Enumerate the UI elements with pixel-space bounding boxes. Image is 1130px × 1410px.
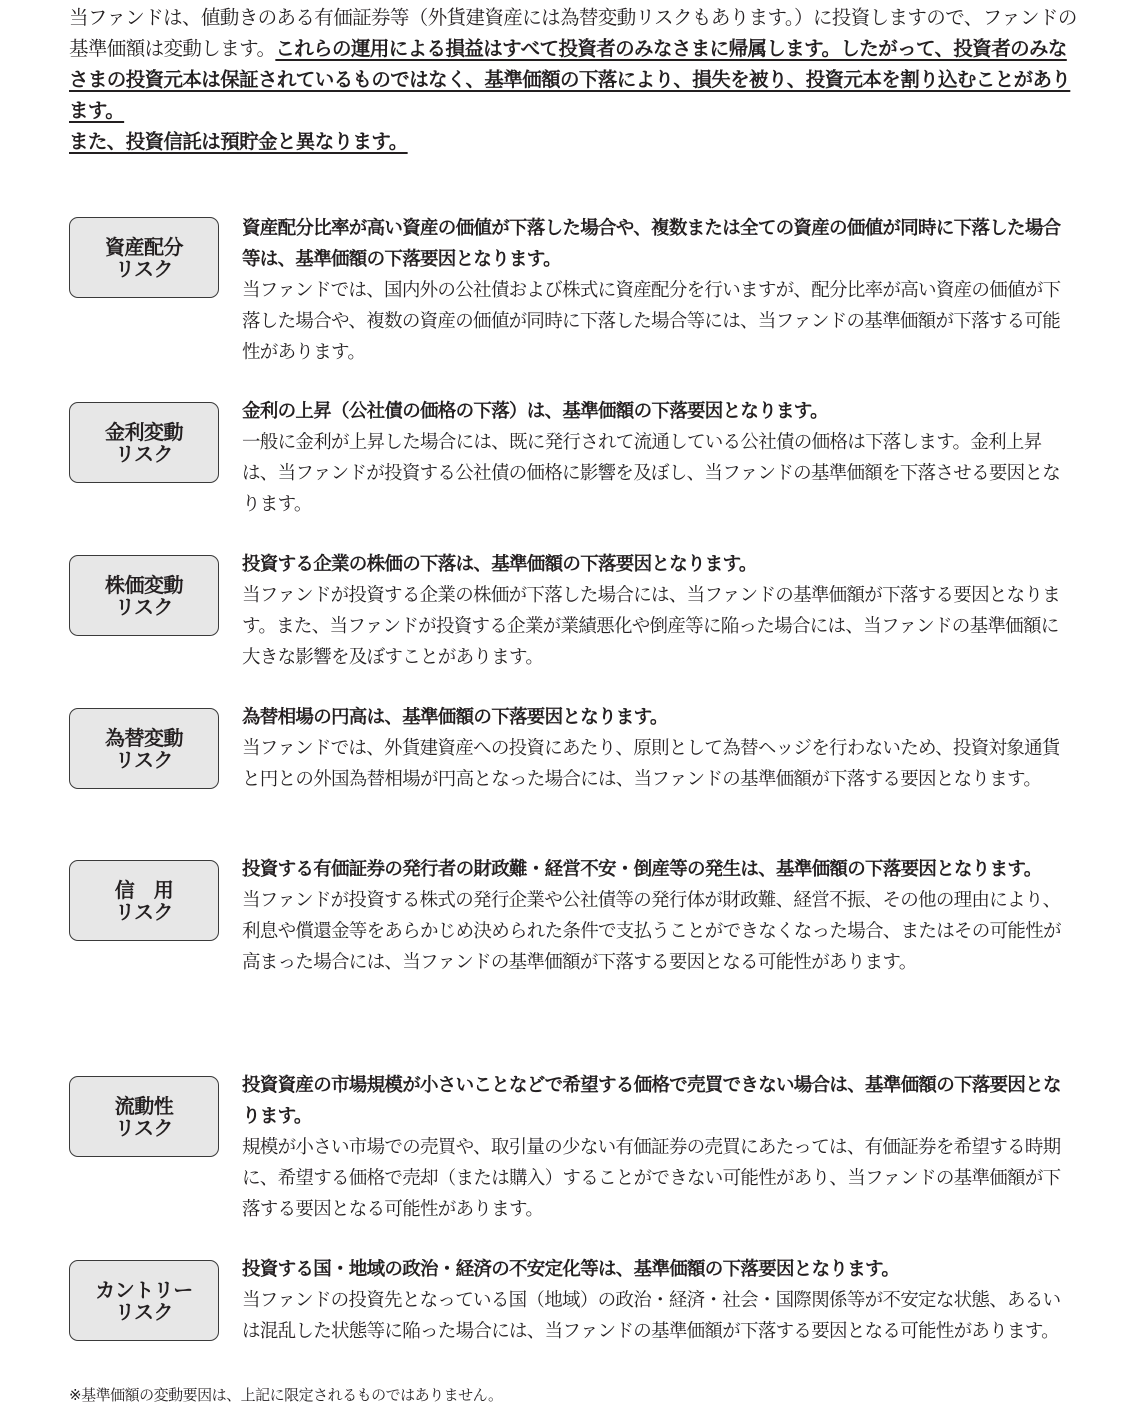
risk-label-line2: リスク xyxy=(115,443,173,465)
risk-body: 投資資産の市場規模が小さいことなどで希望する価格で売買できない場合は、基準価額の… xyxy=(242,1070,1064,1225)
risk-label-badge: 流動性 リスク xyxy=(69,1076,219,1157)
risk-label-line1: 資産配分 xyxy=(105,236,183,258)
risk-label-line1: 金利変動 xyxy=(105,421,183,443)
risk-body: 投資する企業の株価の下落は、基準価額の下落要因となります。 当ファンドが投資する… xyxy=(242,549,1064,673)
risk-body: 資産配分比率が高い資産の価値が下落した場合や、複数または全ての資産の価値が同時に… xyxy=(242,213,1064,368)
risk-description: 当ファンドでは、国内外の公社債および株式に資産配分を行いますが、配分比率が高い資… xyxy=(242,280,1060,363)
risk-label-line1: 為替変動 xyxy=(105,727,183,749)
risk-label-line2: リスク xyxy=(115,596,173,618)
intro-underlined-deposit-note: また、投資信託は預貯金と異なります。 xyxy=(69,130,408,153)
risk-description: 当ファンドが投資する株式の発行企業や公社債等の発行体が財政難、経営不振、その他の… xyxy=(242,890,1061,973)
risk-label-line2: リスク xyxy=(115,1301,173,1323)
risk-description: 一般に金利が上昇した場合には、既に発行されて流通している公社債の価格は下落します… xyxy=(242,432,1060,515)
risk-heading: 投資する企業の株価の下落は、基準価額の下落要因となります。 xyxy=(242,554,757,575)
risk-label-badge: カントリー リスク xyxy=(69,1260,219,1341)
risk-label-line2: リスク xyxy=(115,901,173,923)
risk-heading: 資産配分比率が高い資産の価値が下落した場合や、複数または全ての資産の価値が同時に… xyxy=(242,218,1060,270)
risk-label-line1: カントリー xyxy=(95,1279,193,1301)
risk-heading: 投資する有価証券の発行者の財政難・経営不安・倒産等の発生は、基準価額の下落要因と… xyxy=(242,859,1042,880)
risk-body: 投資する国・地域の政治・経済の不安定化等は、基準価額の下落要因となります。 当フ… xyxy=(242,1254,1064,1347)
risk-heading: 投資資産の市場規模が小さいことなどで希望する価格で売買できない場合は、基準価額の… xyxy=(242,1075,1061,1127)
risk-label-badge: 為替変動 リスク xyxy=(69,708,219,789)
risk-description: 規模が小さい市場での売買や、取引量の少ない有価証券の売買にあたっては、有価証券を… xyxy=(242,1137,1060,1220)
risk-description: 当ファンドの投資先となっている国（地域）の政治・経済・社会・国際関係等が不安定な… xyxy=(242,1290,1060,1342)
risk-description: 当ファンドでは、外貨建資産への投資にあたり、原則として為替ヘッジを行わないため、… xyxy=(242,738,1060,790)
risk-label-badge: 信 用 リスク xyxy=(69,860,219,941)
risk-description: 当ファンドが投資する企業の株価が下落した場合には、当ファンドの基準価額が下落する… xyxy=(242,585,1060,668)
risk-label-badge: 資産配分 リスク xyxy=(69,217,219,298)
risk-label-line1: 信 用 xyxy=(115,879,174,901)
risk-body: 投資する有価証券の発行者の財政難・経営不安・倒産等の発生は、基準価額の下落要因と… xyxy=(242,854,1064,978)
intro-paragraph: 当ファンドは、値動きのある有価証券等（外貨建資産には為替変動リスクもあります。）… xyxy=(69,2,1079,157)
risk-heading: 為替相場の円高は、基準価額の下落要因となります。 xyxy=(242,707,668,728)
risk-heading: 金利の上昇（公社債の価格の下落）は、基準価額の下落要因となります。 xyxy=(242,401,828,422)
risk-body: 為替相場の円高は、基準価額の下落要因となります。 当ファンドでは、外貨建資産への… xyxy=(242,702,1064,795)
risk-body: 金利の上昇（公社債の価格の下落）は、基準価額の下落要因となります。 一般に金利が… xyxy=(242,396,1064,520)
risk-label-badge: 株価変動 リスク xyxy=(69,555,219,636)
risk-label-line1: 株価変動 xyxy=(105,574,183,596)
risk-label-line2: リスク xyxy=(115,258,173,280)
risk-label-badge: 金利変動 リスク xyxy=(69,402,219,483)
risk-label-line1: 流動性 xyxy=(115,1095,174,1117)
risk-label-line2: リスク xyxy=(115,749,173,771)
risk-heading: 投資する国・地域の政治・経済の不安定化等は、基準価額の下落要因となります。 xyxy=(242,1259,899,1280)
footnote: ※基準価額の変動要因は、上記に限定されるものではありません。 xyxy=(69,1384,502,1405)
risk-label-line2: リスク xyxy=(115,1117,173,1139)
